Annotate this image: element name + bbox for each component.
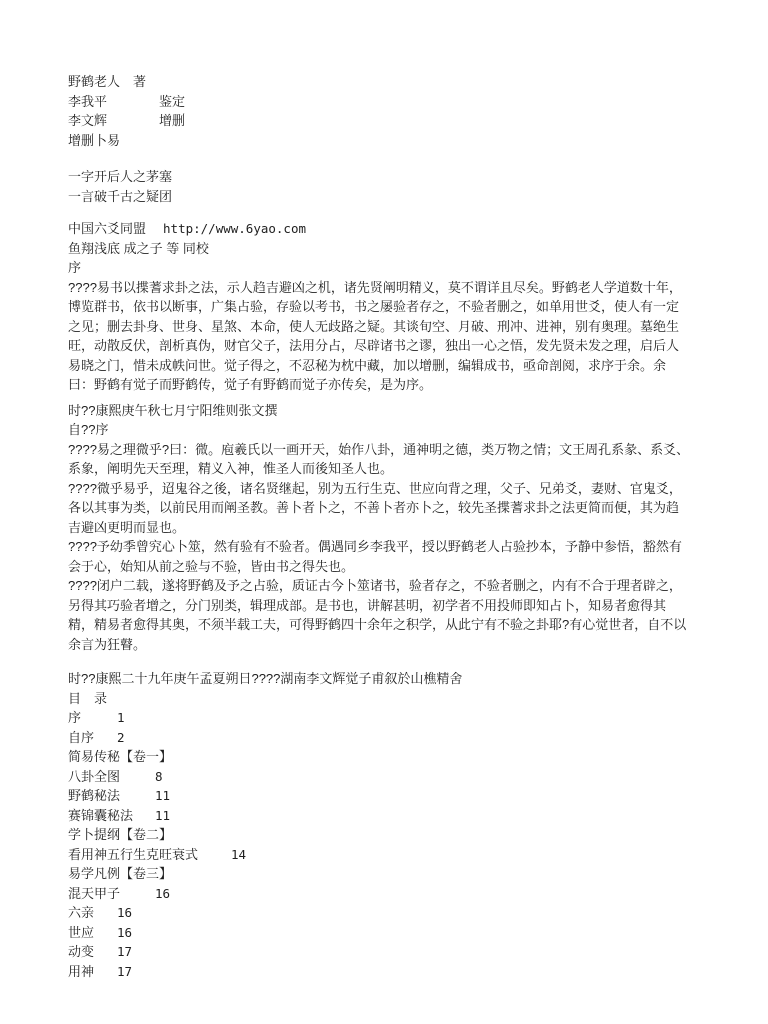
toc-entry-page: 2: [117, 728, 125, 748]
alliance-row: 中国六爻同盟 http://www.6yao.com: [68, 219, 690, 239]
toc-entry-label: 混天甲子: [68, 884, 120, 904]
toc-entry-label: 自序: [68, 728, 94, 748]
toc-entry: 自序 2: [68, 728, 690, 748]
toc-entry-label: 八卦全图: [68, 767, 120, 787]
toc-entry: 易学凡例【卷三】: [68, 864, 690, 884]
toc-entry-label: 序: [68, 708, 81, 728]
toc-entry-label: 易学凡例【卷三】: [68, 864, 172, 884]
toc-entry: 世应 16: [68, 923, 690, 943]
toc-entry: 学卜提纲【卷二】: [68, 825, 690, 845]
motto-line-2: 一言破千古之疑团: [68, 187, 690, 207]
toc-entry-label: 看用神五行生克旺衰式: [68, 845, 198, 865]
toc-entry-label: 野鹤秘法: [68, 786, 120, 806]
toc-entry: 看用神五行生克旺衰式 14: [68, 845, 690, 865]
self-preface-paragraph: ????予幼季曾究心卜筮，然有验有不验者。偶遇同乡李我平，授以野鹤老人占验抄本，…: [68, 537, 690, 576]
self-preface-date-line: 时??康熙二十九年庚午孟夏朔日????湖南李文辉觉子甫叙於山樵精舍: [68, 669, 690, 689]
toc-entry-label: 学卜提纲【卷二】: [68, 825, 172, 845]
editor-line: 李文辉 增删: [68, 111, 690, 131]
preface-body: ????易书以揲蓍求卦之法，示人趋吉避凶之机，诸先贤阐明精义，莫不谓详且尽矣。野…: [68, 278, 690, 395]
toc-entry: 动变 17: [68, 942, 690, 962]
toc-entry: 混天甲子 16: [68, 884, 690, 904]
toc-entry-page: 8: [155, 767, 163, 787]
toc-entry-label: 用神: [68, 962, 94, 982]
page-content: 野鹤老人 著 李我平 鉴定 李文辉 增删 增删卜易 一字开后人之茅塞 一言破千古…: [68, 72, 690, 981]
toc-entry: 赛锦囊秘法 11: [68, 806, 690, 826]
toc-entry: 用神 17: [68, 962, 690, 982]
toc-entry-page: 11: [155, 806, 170, 826]
toc-entry-label: 世应: [68, 923, 94, 943]
self-preface-paragraph: ????易之理微乎?曰：微。庖羲氏以一画开天，始作八卦，通神明之德，类万物之情；…: [68, 440, 690, 479]
proofreaders-line: 鱼翔浅底 成之子 等 同校: [68, 239, 690, 259]
toc-entry-page: 1: [117, 708, 125, 728]
toc-entry: 野鹤秘法 11: [68, 786, 690, 806]
toc-entry-page: 16: [117, 923, 132, 943]
toc-entry-page: 11: [155, 786, 170, 806]
alliance-url: http://www.6yao.com: [163, 219, 306, 239]
self-preface-heading: 自??序: [68, 420, 690, 440]
appraiser-line: 李我平 鉴定: [68, 92, 690, 112]
toc-entry: 八卦全图 8: [68, 767, 690, 787]
toc-entry-page: 17: [117, 942, 132, 962]
preface-date-line: 时??康熙庚午秋七月宁阳维则张文撰: [68, 401, 690, 421]
toc-entry-label: 简易传秘【卷一】: [68, 747, 172, 767]
self-preface-paragraph: ????闭户二载，遂将野鹤及予之占验，质证古今卜筮诸书，验者存之，不验者删之，内…: [68, 576, 690, 654]
toc-entry: 六亲 16: [68, 903, 690, 923]
toc-entry-label: 动变: [68, 942, 94, 962]
toc-entry-page: 14: [231, 845, 246, 865]
toc-list: 序 1 自序 2 简易传秘【卷一】 八卦全图 8 野鹤秘法 11 赛锦囊秘法 1…: [68, 708, 690, 981]
motto-line-1: 一字开后人之茅塞: [68, 167, 690, 187]
book-title: 增删卜易: [68, 131, 690, 151]
toc-entry-page: 16: [155, 884, 170, 904]
toc-entry-label: 六亲: [68, 903, 94, 923]
alliance-name: 中国六爻同盟: [68, 219, 146, 239]
toc-entry-label: 赛锦囊秘法: [68, 806, 133, 826]
motto-block: 一字开后人之茅塞 一言破千古之疑团: [68, 167, 690, 206]
toc-entry-page: 16: [117, 903, 132, 923]
author-line: 野鹤老人 著: [68, 72, 690, 92]
toc-entry: 简易传秘【卷一】: [68, 747, 690, 767]
toc-entry-page: 17: [117, 962, 132, 982]
self-preface-paragraph: ????微乎易乎，迢鬼谷之後，诸名贤继起，别为五行生克、世应向背之理，父子、兄弟…: [68, 479, 690, 538]
toc-entry: 序 1: [68, 708, 690, 728]
toc-heading: 目 录: [68, 689, 690, 709]
preface-heading: 序: [68, 258, 690, 278]
document-page: 野鹤老人 著 李我平 鉴定 李文辉 增删 增删卜易 一字开后人之茅塞 一言破千古…: [0, 0, 768, 1024]
